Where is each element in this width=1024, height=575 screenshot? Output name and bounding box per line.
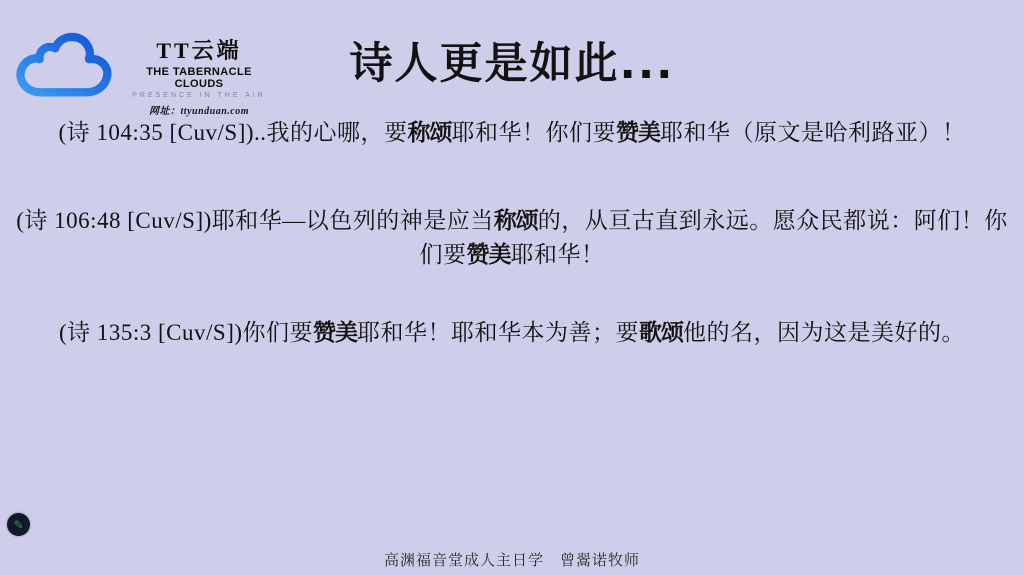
footer-credit: 高渊福音堂成人主日学 曾翯诺牧师: [0, 549, 1024, 570]
verse-psalm-106-48: (诗 106:48 [Cuv/S])耶和华—以色列的神是应当称颂的，从亘古直到永…: [6, 204, 1018, 272]
verse-list: (诗 104:35 [Cuv/S])..我的心哪，要称颂耶和华！你们要赞美耶和华…: [6, 116, 1018, 350]
presentation-slide: TT云端 THE TABERNACLE CLOUDS PRESENCE IN T…: [0, 0, 1024, 575]
verse-psalm-135-3: (诗 135:3 [Cuv/S])你们要赞美耶和华！耶和华本为善；要歌颂他的名，…: [6, 316, 1018, 350]
logo-website: 网址：ttyunduan.com: [128, 102, 270, 117]
pen-icon: ✎: [13, 519, 23, 531]
verse-psalm-104-35: (诗 104:35 [Cuv/S])..我的心哪，要称颂耶和华！你们要赞美耶和华…: [6, 116, 1018, 150]
logo-tagline: PRESENCE IN THE AIR: [128, 92, 270, 99]
annotation-pen-button[interactable]: ✎: [7, 513, 30, 536]
slide-title: 诗人更是如此...: [0, 30, 1024, 91]
